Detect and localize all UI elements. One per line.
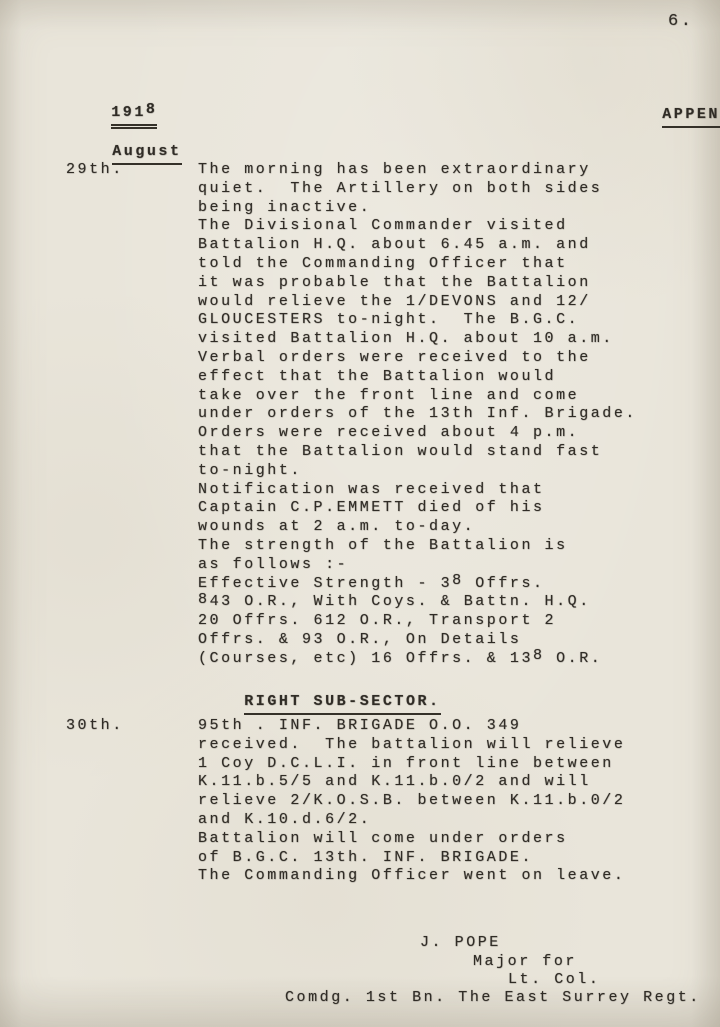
diary-line: relieve 2/K.O.S.B. between K.11.b.0/2 [198,792,625,811]
diary-line: 95th . INF. BRIGADE O.O. 349 [198,717,625,736]
diary-line: 843 O.R., With Coys. & Battn. H.Q. [198,593,637,612]
diary-line: Battalion will come under orders [198,830,625,849]
diary-line: take over the front line and come [198,387,637,406]
diary-line: to-night. [198,462,637,481]
section-header-text: RIGHT SUB-SECTOR. [244,693,440,715]
diary-line: received. The battalion will relieve [198,736,625,755]
diary-line: as follows :- [198,556,637,575]
document-page: 6. 1918 APPENDIX August 29th. The mornin… [0,0,720,1027]
diary-line: K.11.b.5/5 and K.11.b.0/2 and will [198,773,625,792]
diary-line: The Divisional Commander visited [198,217,637,236]
diary-line: GLOUCESTERS to-night. The B.G.C. [198,311,637,330]
diary-line: (Courses, etc) 16 Offrs. & 138 O.R. [198,650,637,669]
diary-line: that the Battalion would stand fast [198,443,637,462]
entry-date-29th: 29th. [66,161,124,180]
diary-line: and K.10.d.6/2. [198,811,625,830]
raised-eight: 8 [198,591,210,608]
diary-line: being inactive. [198,199,637,218]
raised-eight: 8 [452,572,464,589]
entry-body-29th: The morning has been extraordinaryquiet.… [198,161,637,669]
diary-line: Orders were received about 4 p.m. [198,424,637,443]
diary-line: of B.G.C. 13th. INF. BRIGADE. [198,849,625,868]
diary-line: Battalion H.Q. about 6.45 a.m. and [198,236,637,255]
entry-body-30th: 95th . INF. BRIGADE O.O. 349received. Th… [198,717,625,886]
diary-line: Verbal orders were received to the [198,349,637,368]
raised-eight: 8 [533,647,545,664]
diary-line: Offrs. & 93 O.R., On Details [198,631,637,650]
signature-name: J. POPE [420,934,501,953]
diary-line: quiet. The Artillery on both sides [198,180,637,199]
diary-line: it was probable that the Battalion [198,274,637,293]
diary-line: The morning has been extraordinary [198,161,637,180]
diary-line: 1 Coy D.C.L.I. in front line between [198,755,625,774]
signature-unit: Comdg. 1st Bn. The East Surrey Regt. [285,989,701,1008]
diary-line: effect that the Battalion would [198,368,637,387]
diary-line: Captain C.P.EMMETT died of his [198,499,637,518]
signature-for-line: Major for [473,953,577,972]
appendix-heading-text: APPENDIX [662,106,720,128]
raised-eight: 8 [146,101,158,118]
diary-line: wounds at 2 a.m. to-day. [198,518,637,537]
entry-date-30th: 30th. [66,717,124,736]
appendix-heading: APPENDIX [616,87,720,146]
diary-line: visited Battalion H.Q. about 10 a.m. [198,330,637,349]
diary-line: told the Commanding Officer that [198,255,637,274]
diary-line: Effective Strength - 38 Offrs. [198,575,637,594]
diary-line: The Commanding Officer went on leave. [198,867,625,886]
diary-line: 20 Offrs. 612 O.R., Transport 2 [198,612,637,631]
signature-rank: Lt. Col. [508,971,600,990]
diary-line: would relieve the 1/DEVONS and 12/ [198,293,637,312]
diary-line: under orders of the 13th Inf. Brigade. [198,405,637,424]
diary-line: The strength of the Battalion is [198,537,637,556]
page-number: 6. [668,12,694,32]
diary-line: Notification was received that [198,481,637,500]
